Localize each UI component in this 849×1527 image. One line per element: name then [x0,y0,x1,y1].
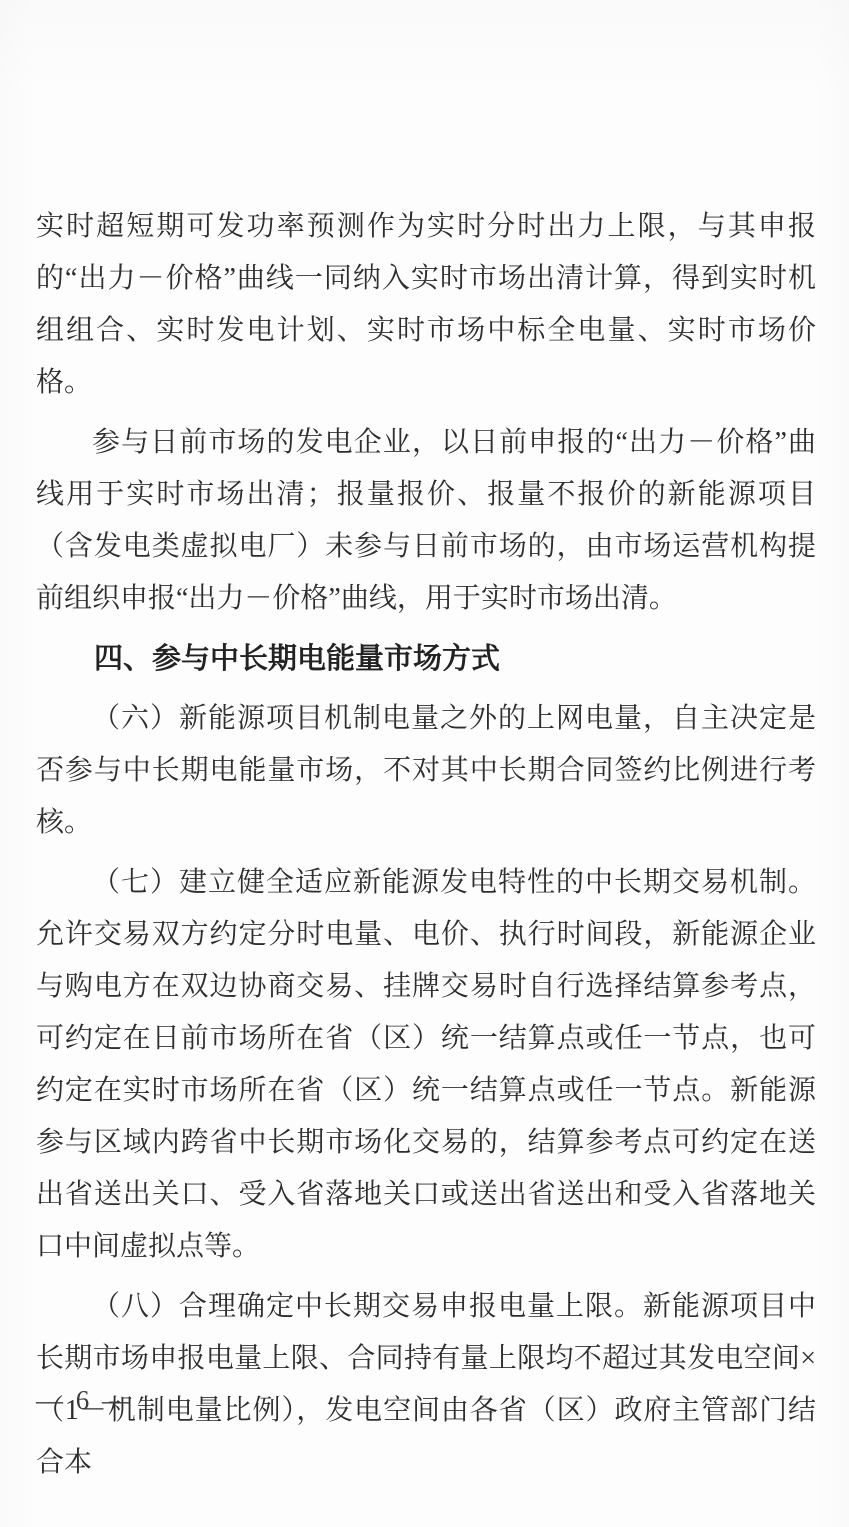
paragraph: （八）合理确定中长期交易申报电量上限。新能源项目中长期市场申报电量上限、合同持有… [36,1281,816,1489]
paragraph: （六）新能源项目机制电量之外的上网电量，自主决定是否参与中长期电能量市场，不对其… [36,693,816,849]
paragraph: 参与日前市场的发电企业，以日前申报的“出力－价格”曲线用于实时市场出清；报量报价… [36,417,816,625]
section-heading: 四、参与中长期电能量市场方式 [36,633,816,685]
page-number: — 6 — [36,1378,132,1422]
document-body: 实时超短期可发功率预测作为实时分时出力上限，与其申报的“出力－价格”曲线一同纳入… [36,201,816,1497]
paragraph: 实时超短期可发功率预测作为实时分时出力上限，与其申报的“出力－价格”曲线一同纳入… [36,201,816,409]
paragraph: （七）建立健全适应新能源发电特性的中长期交易机制。允许交易双方约定分时电量、电价… [36,857,816,1273]
scanned-page: 实时超短期可发功率预测作为实时分时出力上限，与其申报的“出力－价格”曲线一同纳入… [0,0,849,1527]
